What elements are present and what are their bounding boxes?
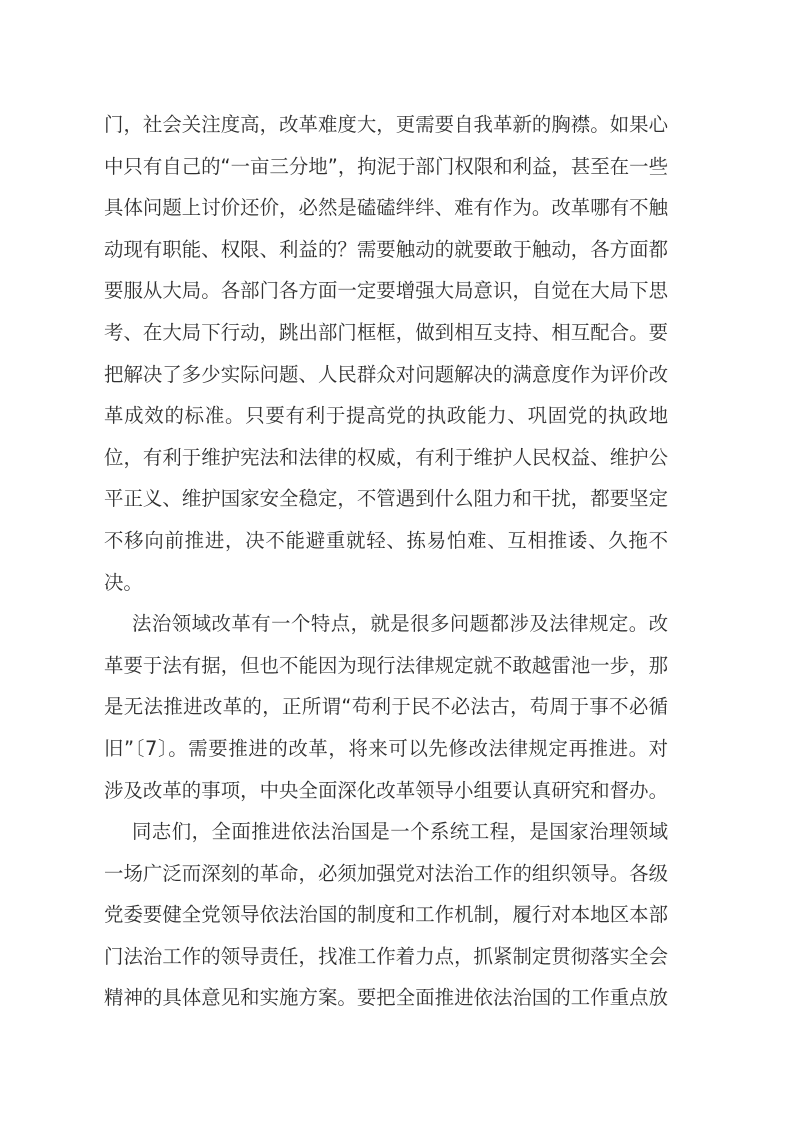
document-text-block: 门，社会关注度高，改革难度大，更需要自我革新的胸襟。如果心中只有自己的“一亩三分… [104, 104, 668, 1019]
text-line: 决。 [104, 562, 668, 604]
text-line: 要服从大局。各部门各方面一定要增强大局意识，自觉在大局下思 [104, 270, 668, 312]
text-line: 平正义、维护国家安全稳定，不管遇到什么阻力和干扰，都要坚定 [104, 478, 668, 520]
text-line: 动现有职能、权限、利益的？需要触动的就要敢于触动，各方面都 [104, 229, 668, 271]
text-line: 革要于法有据，但也不能因为现行法律规定就不敢越雷池一步，那 [104, 645, 668, 687]
text-line: 革成效的标准。只要有利于提高党的执政能力、巩固党的执政地 [104, 395, 668, 437]
text-line: 涉及改革的事项，中央全面深化改革领导小组要认真研究和督办。 [104, 770, 668, 812]
text-line: 同志们，全面推进依法治国是一个系统工程，是国家治理领域 [104, 811, 668, 853]
text-line: 门，社会关注度高，改革难度大，更需要自我革新的胸襟。如果心 [104, 104, 668, 146]
text-line: 旧”〔7〕。需要推进的改革，将来可以先修改法律规定再推进。对 [104, 728, 668, 770]
text-line: 门法治工作的领导责任，找准工作着力点，抓紧制定贯彻落实全会 [104, 936, 668, 978]
text-line: 中只有自己的“一亩三分地”，拘泥于部门权限和利益，甚至在一些 [104, 146, 668, 188]
text-line: 不移向前推进，决不能避重就轻、拣易怕难、互相推诿、久拖不 [104, 520, 668, 562]
text-line: 考、在大局下行动，跳出部门框框，做到相互支持、相互配合。要 [104, 312, 668, 354]
text-line: 是无法推进改革的，正所谓“苟利于民不必法古，苟周于事不必循 [104, 686, 668, 728]
text-line: 法治领域改革有一个特点，就是很多问题都涉及法律规定。改 [104, 603, 668, 645]
text-line: 一场广泛而深刻的革命，必须加强党对法治工作的组织领导。各级 [104, 853, 668, 895]
text-line: 位，有利于维护宪法和法律的权威，有利于维护人民权益、维护公 [104, 437, 668, 479]
document-page: 门，社会关注度高，改革难度大，更需要自我革新的胸襟。如果心中只有自己的“一亩三分… [0, 0, 800, 1130]
text-line: 把解决了多少实际问题、人民群众对问题解决的满意度作为评价改 [104, 354, 668, 396]
text-line: 党委要健全党领导依法治国的制度和工作机制，履行对本地区本部 [104, 894, 668, 936]
text-line: 具体问题上讨价还价，必然是磕磕绊绊、难有作为。改革哪有不触 [104, 187, 668, 229]
text-line: 精神的具体意见和实施方案。要把全面推进依法治国的工作重点放 [104, 977, 668, 1019]
